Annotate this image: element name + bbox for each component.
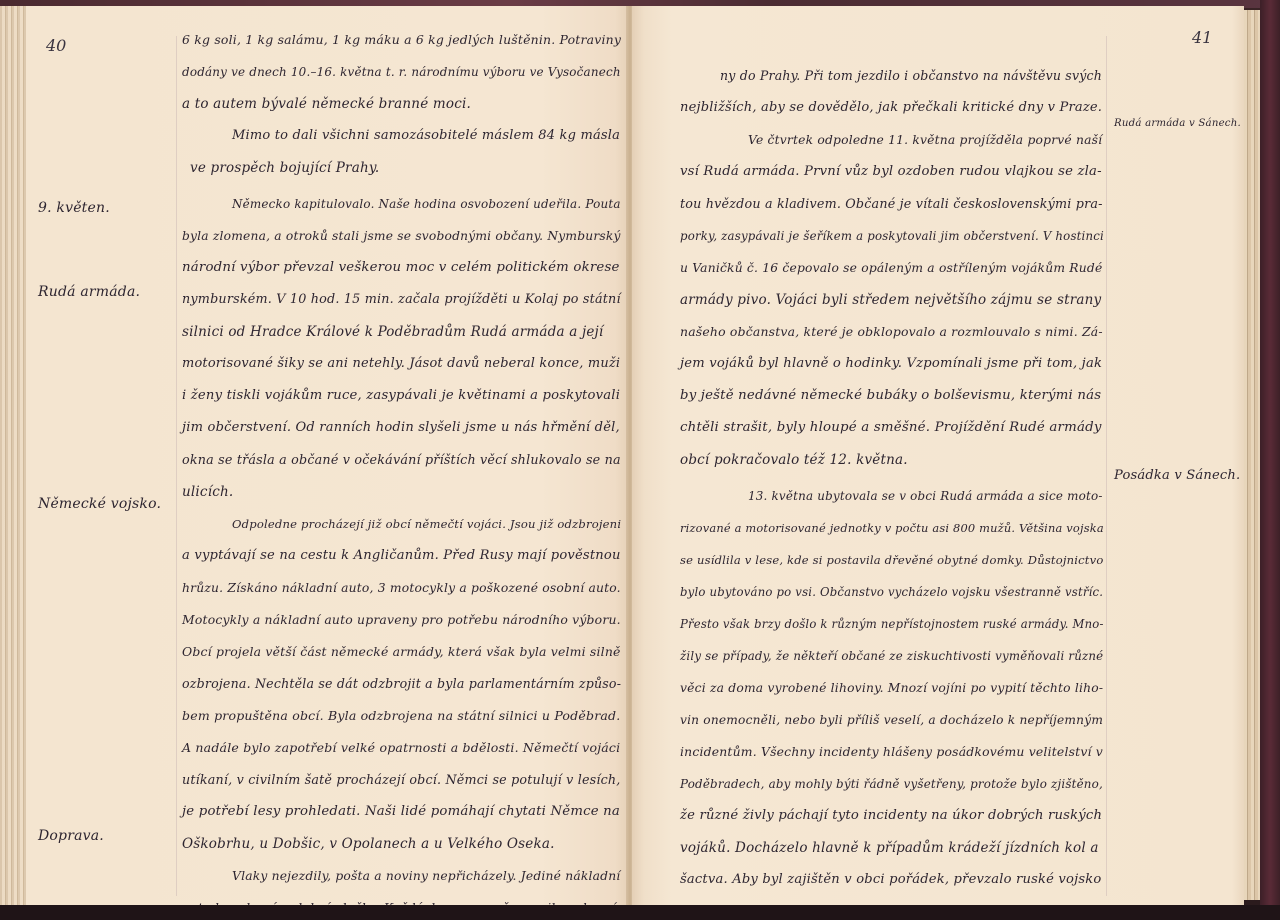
handwritten-line: jim občerstvení. Od ranních hodin slyšel… [182, 418, 620, 438]
right-page: 41 Rudá armáda v Sánech.Posádka v Sánech… [632, 6, 1244, 906]
handwritten-line: se usídlila v lese, kde si postavila dře… [680, 550, 1103, 570]
book-cover-bottom-edge [0, 905, 1280, 920]
handwritten-line: jem vojáků byl hlavně o hodinky. Vzpomín… [680, 354, 1102, 374]
handwritten-line: porky, zasypávali je šeříkem a poskytova… [680, 226, 1104, 246]
handwritten-line: motorisované šiky se ani netehly. Jásot … [182, 354, 620, 374]
handwritten-line: a vyptávají se na cestu k Angličanům. Př… [182, 546, 621, 566]
handwritten-line: incidentům. Všechny incidenty hlášeny po… [680, 742, 1103, 762]
handwritten-line: že různé živly páchají tyto incidenty na… [680, 806, 1102, 826]
handwritten-line: byla zlomena, a otroků stali jsme se svo… [182, 226, 621, 246]
handwritten-line: vin onemocněli, nebo byli příliš veselí,… [680, 710, 1103, 730]
handwritten-line: Přesto však brzy došlo k různým nepřísto… [680, 614, 1104, 634]
handwritten-line: 13. května ubytovala se v obci Rudá armá… [748, 486, 1103, 506]
handwritten-line: Odpoledne procházejí již obcí němečtí vo… [232, 514, 621, 534]
margin-rule [176, 36, 177, 896]
page-number-left: 40 [46, 36, 66, 55]
handwritten-line: ozbrojena. Nechtěla se dát odzbrojit a b… [182, 674, 621, 694]
margin-note: Německé vojsko. [38, 496, 161, 512]
margin-note: 9. květen. [38, 200, 110, 216]
margin-note: Doprava. [38, 828, 104, 844]
handwritten-line: ny do Prahy. Při tom jezdilo i občanstvo… [720, 66, 1102, 86]
handwritten-line: národní výbor převzal veškerou moc v cel… [182, 258, 620, 278]
handwritten-line: Obcí projela větší část německé armády, … [182, 642, 621, 662]
handwritten-line: u Vaničků č. 16 čepovalo se opáleným a o… [680, 258, 1102, 278]
handwritten-line: Německo kapitulovalo. Naše hodina osvobo… [232, 194, 621, 214]
handwritten-line: hrůzu. Získáno nákladní auto, 3 motocykl… [182, 578, 621, 598]
handwritten-line: utíkaní, v civilním šatě procházejí obcí… [182, 770, 621, 790]
handwritten-line: rizované a motorisované jednotky v počtu… [680, 518, 1104, 538]
handwritten-line: chtěli strašit, byly hloupé a směšné. Pr… [680, 418, 1102, 438]
page-edges-right [1244, 10, 1260, 900]
handwritten-line: nymburském. V 10 hod. 15 min. začala pro… [182, 290, 621, 310]
handwritten-line: okna se třásla a občané v očekávání příš… [182, 450, 621, 470]
handwritten-line: ulicích. [182, 482, 233, 502]
margin-rule [1106, 36, 1107, 896]
book-cover-right-edge [1260, 0, 1280, 920]
handwritten-line: dodány ve dnech 10.–16. května t. r. nár… [182, 62, 621, 82]
handwritten-line: Poděbradech, aby mohly býti řádně vyšetř… [680, 774, 1103, 794]
handwritten-line: Motocykly a nákladní auto upraveny pro p… [182, 610, 621, 630]
handwritten-line: bem propuštěna obcí. Byla odzbrojena na … [182, 706, 620, 726]
handwritten-line: A nadále bylo zapotřebí velké opatrnosti… [182, 738, 620, 758]
handwritten-line: tou hvězdou a kladivem. Občané je vítali… [680, 194, 1103, 214]
margin-note: Rudá armáda. [38, 284, 140, 300]
handwritten-line: žily se případy, že někteří občané ze zi… [680, 646, 1103, 666]
left-page: 40 9. květen.Rudá armáda.Německé vojsko.… [0, 6, 628, 906]
handwritten-line: i ženy tiskli vojákům ruce, zasypávali j… [182, 386, 620, 406]
handwritten-line: vojáků. Docházelo hlavně k případům krád… [680, 838, 1099, 858]
page-number-right: 41 [1192, 28, 1212, 47]
handwritten-line: je potřebí lesy prohledati. Naši lidé po… [182, 802, 620, 822]
handwritten-line: nejbližších, aby se dovědělo, jak přečka… [680, 98, 1102, 118]
handwritten-line: našeho občanstva, které je obklopovalo a… [680, 322, 1103, 342]
handwritten-line: a to autem bývalé německé branné moci. [182, 94, 471, 114]
margin-note: Posádka v Sánech. [1114, 468, 1240, 483]
handwritten-line: Mimo to dali všichni samozásobitelé másl… [232, 126, 620, 146]
margin-note: Rudá armáda v Sánech. [1114, 118, 1241, 129]
handwritten-line: 6 kg soli, 1 kg salámu, 1 kg máku a 6 kg… [182, 30, 621, 50]
handwritten-line: věci za doma vyrobené lihoviny. Mnozí vo… [680, 678, 1103, 698]
handwritten-line: Vlaky nejezdily, pošta a noviny nepřichá… [232, 866, 620, 886]
handwritten-line: Oškobrhu, u Dobšic, v Opolanech a u Velk… [182, 834, 555, 854]
handwritten-line: silnici od Hradce Králové k Poděbradům R… [182, 322, 603, 342]
open-ledger-book: 40 9. květen.Rudá armáda.Německé vojsko.… [0, 0, 1280, 920]
handwritten-line: ve prospěch bojující Prahy. [190, 158, 379, 178]
handwritten-line: šactva. Aby byl zajištěn v obci pořádek,… [680, 870, 1101, 890]
handwritten-line: bylo ubytováno po vsi. Občanstvo vycháze… [680, 582, 1103, 602]
page-edges-left [0, 6, 26, 906]
handwritten-line: Ve čtvrtek odpoledne 11. května projíždě… [748, 130, 1102, 150]
handwritten-line: obcí pokračovalo též 12. května. [680, 450, 908, 470]
handwritten-line: vsí Rudá armáda. První vůz byl ozdoben r… [680, 162, 1102, 182]
handwritten-line: armády pivo. Vojáci byli středem největš… [680, 290, 1101, 310]
handwritten-line: by ještě nedávné německé bubáky o bolšev… [680, 386, 1101, 406]
